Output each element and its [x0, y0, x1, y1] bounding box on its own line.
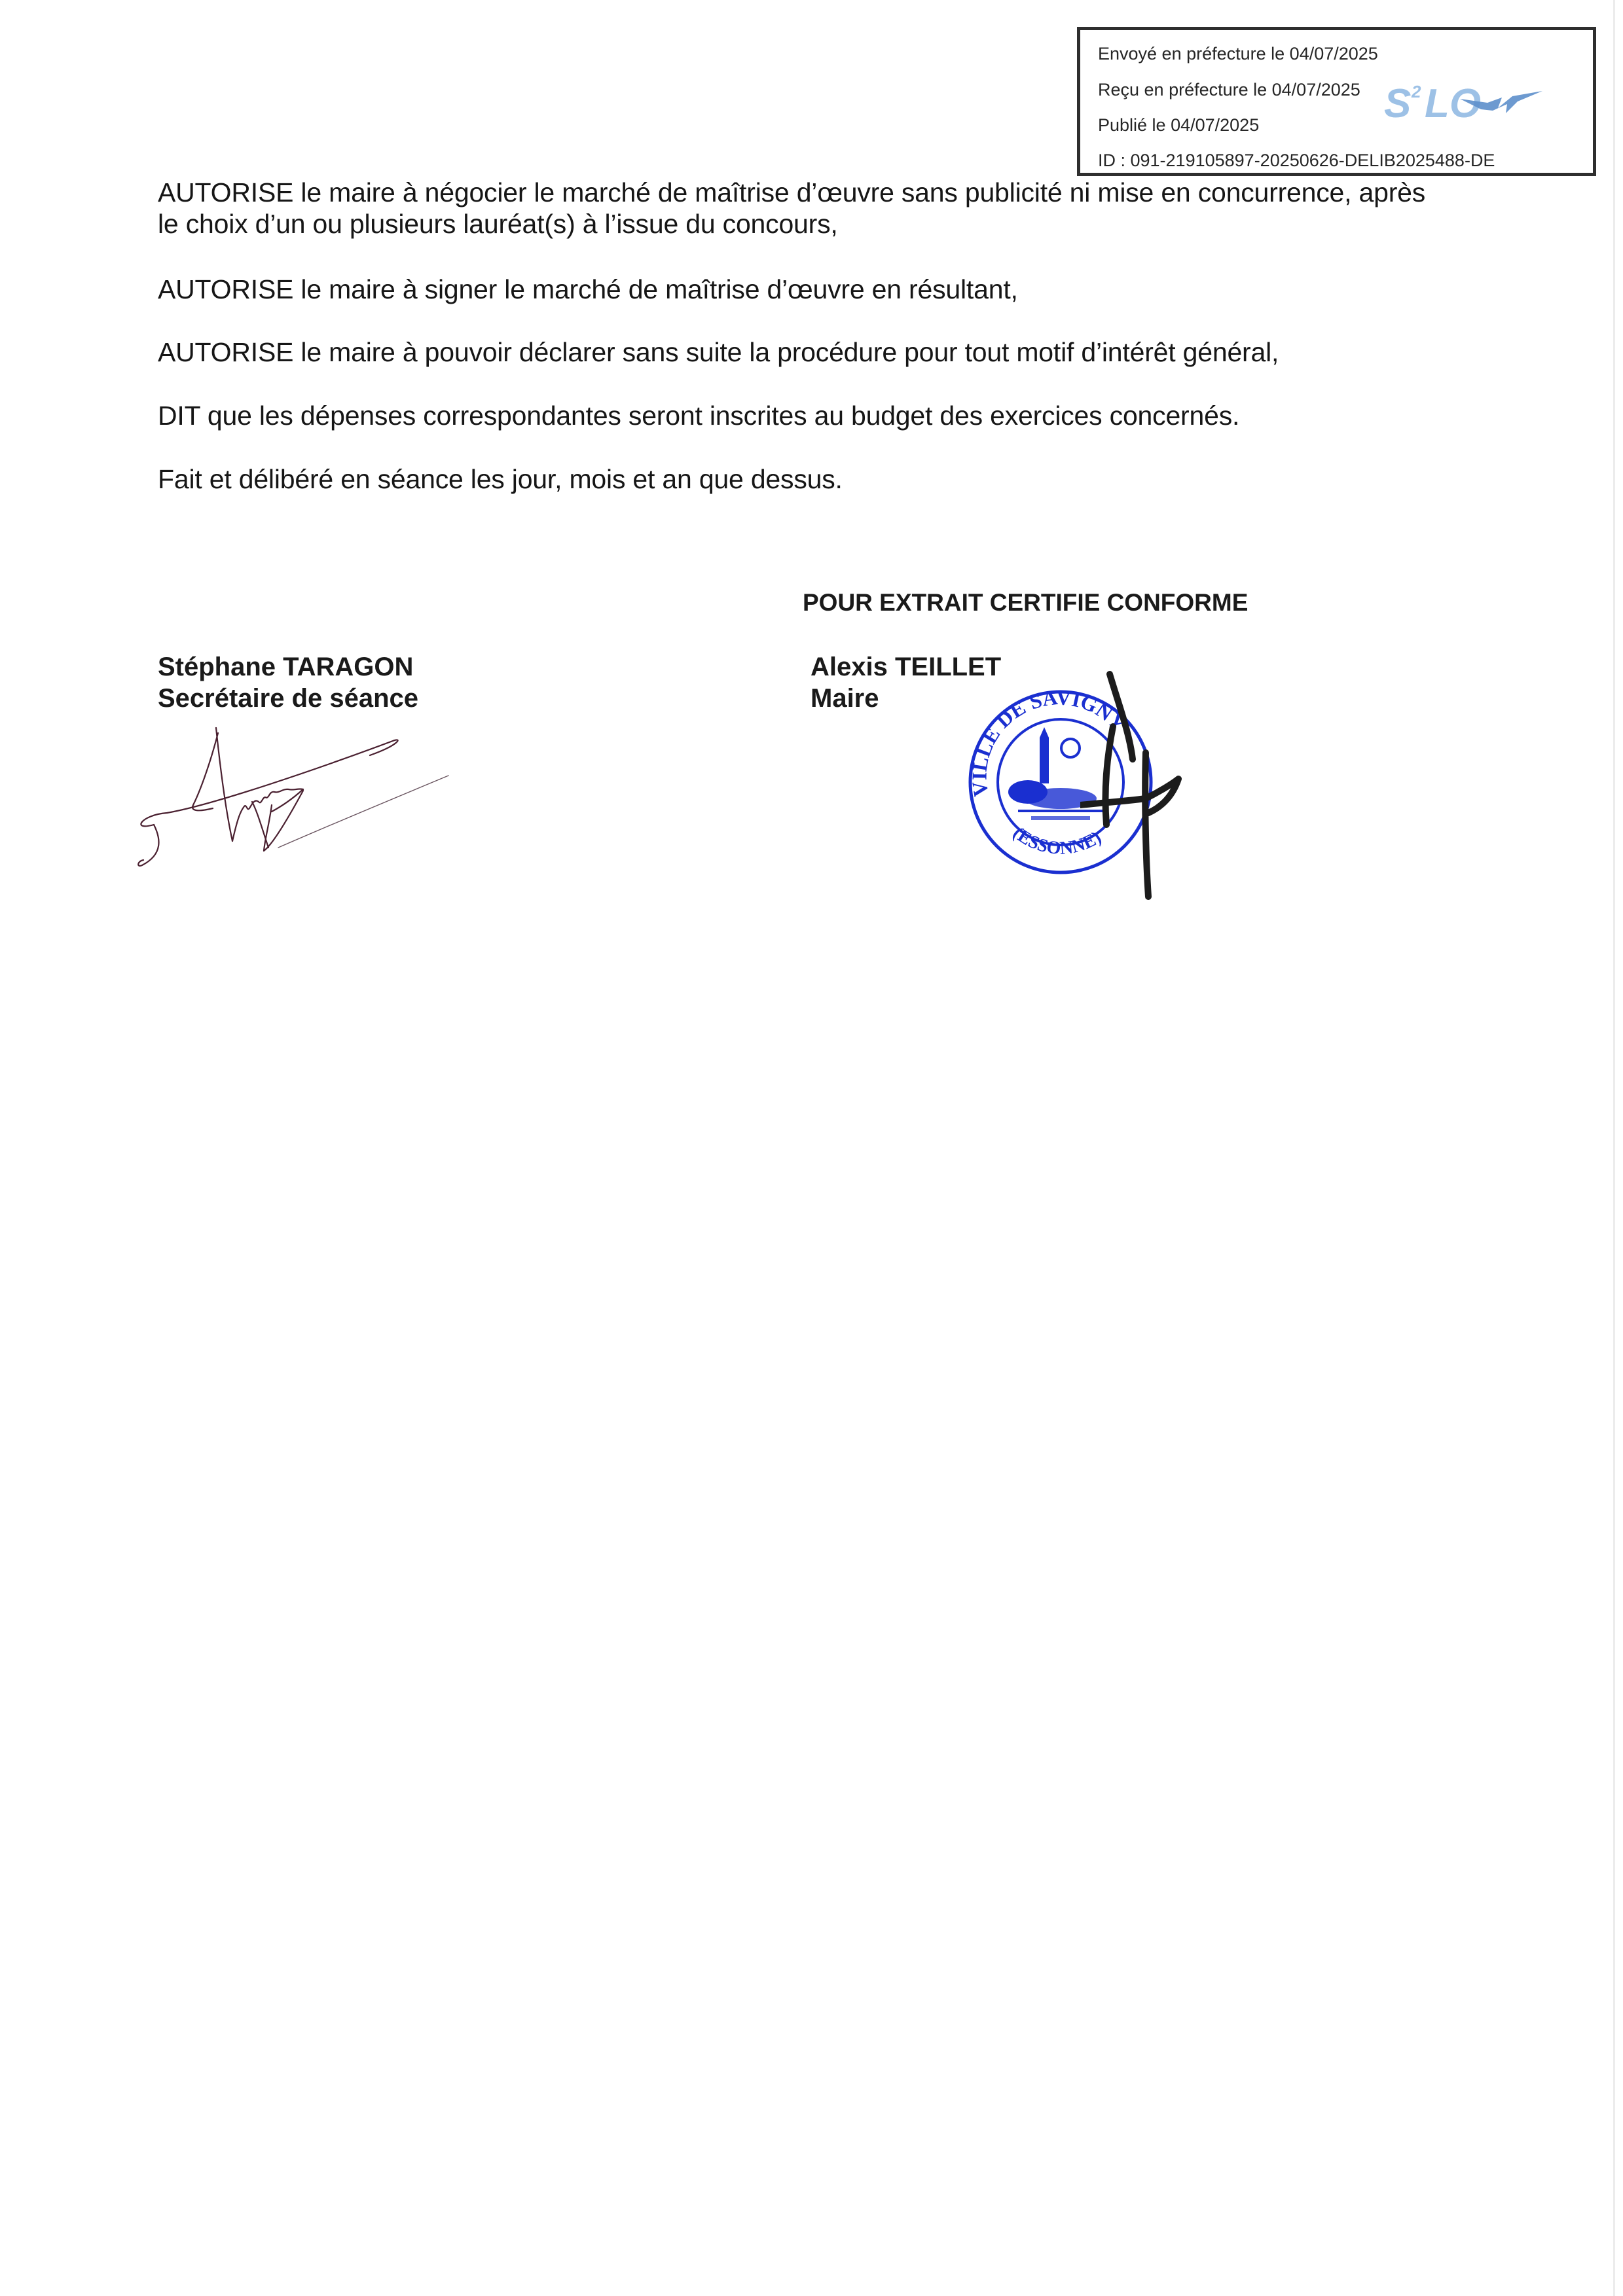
paragraph-closing: Fait et délibéré en séance les jour, moi… [158, 463, 843, 495]
paragraph-authorize-cancel: AUTORISE le maire à pouvoir déclarer san… [158, 336, 1279, 368]
received-date: Reçu en préfecture le 04/07/2025 [1098, 81, 1360, 99]
paragraph-line: Fait et délibéré en séance les jour, moi… [158, 463, 843, 495]
handwritten-signature-icon [134, 713, 488, 884]
s2lo-logo-icon: S 2 LO [1383, 79, 1546, 125]
svg-text:S: S [1384, 81, 1411, 125]
mayor-name: Alexis TEILLET [811, 651, 1001, 683]
paragraph-line: AUTORISE le maire à pouvoir déclarer san… [158, 336, 1279, 368]
paragraph-authorize-sign: AUTORISE le maire à signer le marché de … [158, 274, 1018, 305]
page-edge [1613, 0, 1615, 2296]
published-date: Publié le 04/07/2025 [1098, 117, 1259, 134]
paragraph-line: DIT que les dépenses correspondantes ser… [158, 400, 1239, 431]
secretary-role: Secrétaire de séance [158, 683, 418, 714]
act-id: ID : 091-219105897-20250626-DELIB2025488… [1098, 152, 1495, 170]
paragraph-line: AUTORISE le maire à négocier le marché d… [158, 177, 1425, 208]
paragraph-authorize-negotiate: AUTORISE le maire à négocier le marché d… [158, 177, 1425, 240]
secretary-name: Stéphane TARAGON [158, 651, 418, 683]
certification-label: POUR EXTRAIT CERTIFIE CONFORME [803, 589, 1248, 617]
svg-text:2: 2 [1411, 82, 1421, 101]
paragraph-line: AUTORISE le maire à signer le marché de … [158, 274, 1018, 305]
paragraph-budget: DIT que les dépenses correspondantes ser… [158, 400, 1239, 431]
secretary-block: Stéphane TARAGON Secrétaire de séance [158, 651, 418, 714]
handwritten-signature-icon [1080, 668, 1192, 910]
paragraph-line: le choix d’un ou plusieurs lauréat(s) à … [158, 208, 1425, 240]
prefecture-stamp: Envoyé en préfecture le 04/07/2025 Reçu … [1077, 27, 1596, 176]
sent-date: Envoyé en préfecture le 04/07/2025 [1098, 45, 1378, 63]
